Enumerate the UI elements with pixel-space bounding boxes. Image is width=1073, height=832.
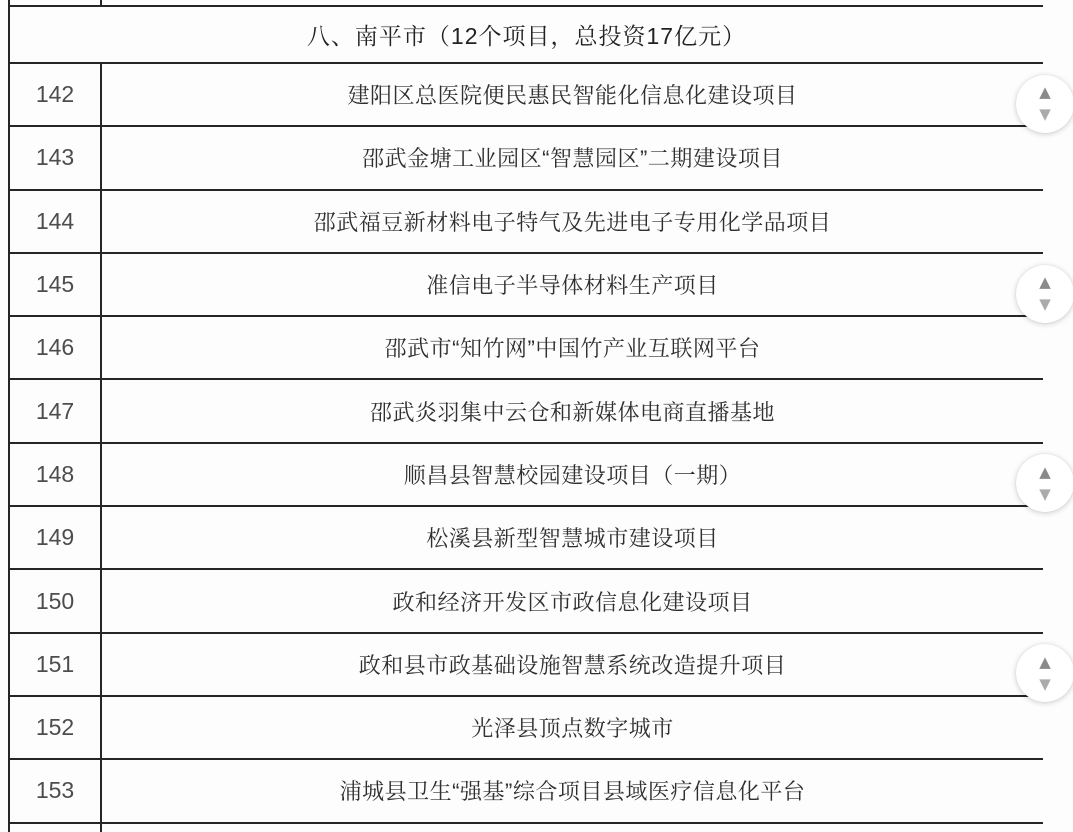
stepper-up-icon[interactable]: ▲ xyxy=(1039,85,1051,100)
table-row: 153 浦城县卫生“强基”综合项目县域医疗信息化平台 xyxy=(8,760,1043,823)
row-number-cell: 145 xyxy=(10,254,102,315)
project-name-cell: 准信电子半导体材料生产项目 xyxy=(102,254,1043,315)
row-number-cell: 151 xyxy=(10,634,102,695)
row-number-cell: 147 xyxy=(10,380,102,441)
row-number-cell: 150 xyxy=(10,570,102,631)
project-name-cell: 政和经济开发区市政信息化建设项目 xyxy=(102,570,1043,631)
project-name-cell: 建阳区总医院便民惠民智能化信息化建设项目 xyxy=(102,64,1043,125)
row-number-cell: 149 xyxy=(10,507,102,568)
row-number-cell: 148 xyxy=(10,444,102,505)
project-name-cell: 邵武金塘工业园区“智慧园区”二期建设项目 xyxy=(102,127,1043,188)
project-name-cell: 邵武炎羽集中云仓和新媒体电商直播基地 xyxy=(102,380,1043,441)
page: 八、南平市（12个项目，总投资17亿元） 142 建阳区总医院便民惠民智能化信息… xyxy=(0,0,1073,832)
table-row: 143 邵武金塘工业园区“智慧园区”二期建设项目 xyxy=(8,127,1043,190)
previous-row-partial xyxy=(8,0,1043,5)
table-row: 146 邵武市“知竹网”中国竹产业互联网平台 xyxy=(8,317,1043,380)
table-row: 151 政和县市政基础设施智慧系统改造提升项目 xyxy=(8,634,1043,697)
value-stepper: ▲ ▼ xyxy=(1016,644,1073,702)
table-row: 144 邵武福豆新材料电子特气及先进电子专用化学品项目 xyxy=(8,191,1043,254)
row-number-cell: 144 xyxy=(10,191,102,252)
project-name-cell: 松溪县新型智慧城市建设项目 xyxy=(102,507,1043,568)
section-header-row: 八、南平市（12个项目，总投资17亿元） xyxy=(8,5,1043,64)
table-row: 145 准信电子半导体材料生产项目 xyxy=(8,254,1043,317)
project-name-cell: 顺昌县智慧校园建设项目（一期） xyxy=(102,444,1043,505)
table-row: 147 邵武炎羽集中云仓和新媒体电商直播基地 xyxy=(8,380,1043,443)
table-row: 152 光泽县顶点数字城市 xyxy=(8,697,1043,760)
row-number-cell: 146 xyxy=(10,317,102,378)
section-header-text: 八、南平市（12个项目，总投资17亿元） xyxy=(307,18,746,51)
project-name-cell: 光泽县顶点数字城市 xyxy=(102,697,1043,758)
project-name-cell: 邵武市“知竹网”中国竹产业互联网平台 xyxy=(102,317,1043,378)
next-row-partial xyxy=(8,824,1043,832)
stepper-down-icon[interactable]: ▼ xyxy=(1039,107,1051,122)
row-number-cell: 152 xyxy=(10,697,102,758)
project-name-cell: 政和县市政基础设施智慧系统改造提升项目 xyxy=(102,634,1043,695)
column-divider xyxy=(100,0,102,5)
table-body: 142 建阳区总医院便民惠民智能化信息化建设项目 143 邵武金塘工业园区“智慧… xyxy=(8,64,1043,824)
table-row: 142 建阳区总医院便民惠民智能化信息化建设项目 xyxy=(8,64,1043,127)
value-stepper: ▲ ▼ xyxy=(1016,454,1073,512)
row-number-cell: 153 xyxy=(10,760,102,821)
stepper-up-icon[interactable]: ▲ xyxy=(1039,465,1051,480)
project-name-cell: 邵武福豆新材料电子特气及先进电子专用化学品项目 xyxy=(102,191,1043,252)
stepper-down-icon[interactable]: ▼ xyxy=(1039,677,1051,692)
value-stepper: ▲ ▼ xyxy=(1016,75,1073,133)
stepper-up-icon[interactable]: ▲ xyxy=(1039,275,1051,290)
stepper-down-icon[interactable]: ▼ xyxy=(1039,297,1051,312)
table-row: 150 政和经济开发区市政信息化建设项目 xyxy=(8,570,1043,633)
value-stepper: ▲ ▼ xyxy=(1016,265,1073,323)
project-table: 八、南平市（12个项目，总投资17亿元） 142 建阳区总医院便民惠民智能化信息… xyxy=(8,0,1043,832)
row-number-cell: 143 xyxy=(10,127,102,188)
table-row: 149 松溪县新型智慧城市建设项目 xyxy=(8,507,1043,570)
project-name-cell: 浦城县卫生“强基”综合项目县域医疗信息化平台 xyxy=(102,760,1043,821)
table-row: 148 顺昌县智慧校园建设项目（一期） xyxy=(8,444,1043,507)
column-divider xyxy=(100,824,102,832)
stepper-down-icon[interactable]: ▼ xyxy=(1039,487,1051,502)
row-number-cell: 142 xyxy=(10,64,102,125)
stepper-up-icon[interactable]: ▲ xyxy=(1039,655,1051,670)
